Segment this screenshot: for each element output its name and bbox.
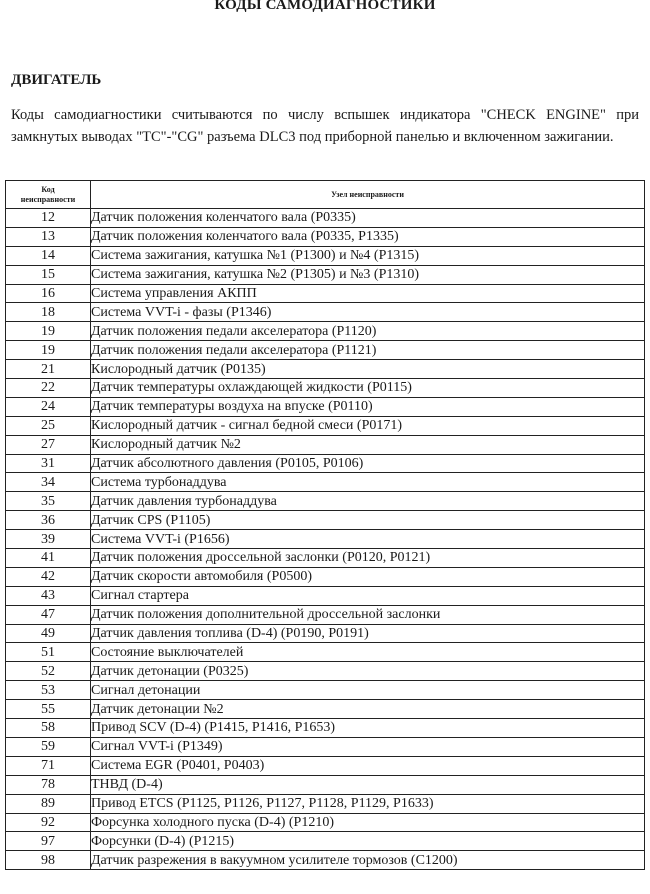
- fault-description: Датчик CPS (P1105): [91, 511, 645, 530]
- fault-description: Датчик положения коленчатого вала (P0335…: [91, 227, 645, 246]
- fault-code: 31: [6, 454, 91, 473]
- column-header-code: Код неисправности: [6, 181, 91, 209]
- fault-code: 71: [6, 756, 91, 775]
- fault-code: 14: [6, 246, 91, 265]
- table-row: 71Система EGR (P0401, P0403): [6, 756, 645, 775]
- table-row: 39Система VVT-i (P1656): [6, 530, 645, 549]
- fault-description: Состояние выключателей: [91, 643, 645, 662]
- fault-description: Система зажигания, катушка №1 (P1300) и …: [91, 246, 645, 265]
- fault-code: 97: [6, 832, 91, 851]
- fault-code: 78: [6, 775, 91, 794]
- table-row: 53Сигнал детонации: [6, 681, 645, 700]
- table-row: 42Датчик скорости автомобиля (P0500): [6, 567, 645, 586]
- fault-code: 34: [6, 473, 91, 492]
- fault-code: 53: [6, 681, 91, 700]
- fault-code: 39: [6, 530, 91, 549]
- fault-description: Привод SCV (D-4) (P1415, P1416, P1653): [91, 719, 645, 738]
- table-row: 13Датчик положения коленчатого вала (P03…: [6, 227, 645, 246]
- fault-code: 27: [6, 435, 91, 454]
- fault-code: 15: [6, 265, 91, 284]
- table-row: 25Кислородный датчик - сигнал бедной сме…: [6, 416, 645, 435]
- fault-description: Датчик детонации (P0325): [91, 662, 645, 681]
- fault-code: 18: [6, 303, 91, 322]
- fault-code: 42: [6, 567, 91, 586]
- fault-description: Датчик положения педали акселератора (P1…: [91, 341, 645, 360]
- table-row: 24Датчик температуры воздуха на впуске (…: [6, 397, 645, 416]
- fault-code: 59: [6, 737, 91, 756]
- table-row: 15Система зажигания, катушка №2 (P1305) …: [6, 265, 645, 284]
- fault-description: Привод ETCS (P1125, P1126, P1127, P1128,…: [91, 794, 645, 813]
- intro-paragraph: Коды самодиагностики считываются по числ…: [11, 104, 639, 148]
- table-row: 18Система VVT-i - фазы (P1346): [6, 303, 645, 322]
- table-row: 51Состояние выключателей: [6, 643, 645, 662]
- fault-code: 55: [6, 700, 91, 719]
- fault-description: Датчик температуры охлаждающей жидкости …: [91, 379, 645, 398]
- fault-code: 51: [6, 643, 91, 662]
- fault-description: Датчик давления турбонаддува: [91, 492, 645, 511]
- table-row: 59Сигнал VVT-i (P1349): [6, 737, 645, 756]
- document-title: КОДЫ САМОДИАГНОСТИКИ: [0, 0, 650, 15]
- table-row: 19Датчик положения педали акселератора (…: [6, 322, 645, 341]
- fault-description: Сигнал детонации: [91, 681, 645, 700]
- fault-description: Система EGR (P0401, P0403): [91, 756, 645, 775]
- column-header-code-line1: Код: [41, 185, 54, 194]
- fault-description: Система зажигания, катушка №2 (P1305) и …: [91, 265, 645, 284]
- fault-description: Кислородный датчик - сигнал бедной смеси…: [91, 416, 645, 435]
- table-row: 27Кислородный датчик №2: [6, 435, 645, 454]
- fault-code: 52: [6, 662, 91, 681]
- table-row: 97Форсунки (D-4) (P1215): [6, 832, 645, 851]
- table-row: 14Система зажигания, катушка №1 (P1300) …: [6, 246, 645, 265]
- table-row: 92Форсунка холодного пуска (D-4) (P1210): [6, 813, 645, 832]
- table-row: 52Датчик детонации (P0325): [6, 662, 645, 681]
- fault-description: Датчик положения дроссельной заслонки (P…: [91, 549, 645, 568]
- fault-code: 13: [6, 227, 91, 246]
- table-row: 35Датчик давления турбонаддува: [6, 492, 645, 511]
- table-row: 58Привод SCV (D-4) (P1415, P1416, P1653): [6, 719, 645, 738]
- fault-description: Датчик скорости автомобиля (P0500): [91, 567, 645, 586]
- fault-code: 19: [6, 322, 91, 341]
- fault-description: Кислородный датчик (P0135): [91, 360, 645, 379]
- fault-description: Датчик разрежения в вакуумном усилителе …: [91, 851, 645, 870]
- diagnostic-codes-table: Код неисправности Узел неисправности 12Д…: [5, 180, 645, 870]
- fault-description: Датчик положения коленчатого вала (P0335…: [91, 209, 645, 228]
- fault-code: 58: [6, 719, 91, 738]
- fault-description: Система турбонаддува: [91, 473, 645, 492]
- fault-description: Сигнал VVT-i (P1349): [91, 737, 645, 756]
- fault-description: Датчик положения педали акселератора (P1…: [91, 322, 645, 341]
- fault-description: Датчик детонации №2: [91, 700, 645, 719]
- table-row: 98Датчик разрежения в вакуумном усилител…: [6, 851, 645, 870]
- fault-code: 36: [6, 511, 91, 530]
- fault-description: Кислородный датчик №2: [91, 435, 645, 454]
- column-header-code-line2: неисправности: [21, 195, 75, 204]
- section-heading: ДВИГАТЕЛЬ: [11, 70, 101, 90]
- fault-code: 92: [6, 813, 91, 832]
- fault-description: Форсунка холодного пуска (D-4) (P1210): [91, 813, 645, 832]
- table-row: 34Система турбонаддува: [6, 473, 645, 492]
- table-row: 43Сигнал стартера: [6, 586, 645, 605]
- fault-description: Система VVT-i (P1656): [91, 530, 645, 549]
- table-row: 22Датчик температуры охлаждающей жидкост…: [6, 379, 645, 398]
- table-row: 41Датчик положения дроссельной заслонки …: [6, 549, 645, 568]
- fault-code: 19: [6, 341, 91, 360]
- fault-code: 35: [6, 492, 91, 511]
- fault-description: Система VVT-i - фазы (P1346): [91, 303, 645, 322]
- fault-description: Датчик положения дополнительной дроссель…: [91, 605, 645, 624]
- table-row: 89Привод ETCS (P1125, P1126, P1127, P112…: [6, 794, 645, 813]
- fault-description: ТНВД (D-4): [91, 775, 645, 794]
- fault-code: 49: [6, 624, 91, 643]
- fault-code: 24: [6, 397, 91, 416]
- fault-code: 43: [6, 586, 91, 605]
- table-row: 55Датчик детонации №2: [6, 700, 645, 719]
- column-header-description: Узел неисправности: [91, 181, 645, 209]
- table-row: 31Датчик абсолютного давления (P0105, P0…: [6, 454, 645, 473]
- fault-code: 21: [6, 360, 91, 379]
- fault-code: 47: [6, 605, 91, 624]
- fault-description: Датчик температуры воздуха на впуске (P0…: [91, 397, 645, 416]
- table-row: 36Датчик CPS (P1105): [6, 511, 645, 530]
- table-row: 78ТНВД (D-4): [6, 775, 645, 794]
- table-row: 47Датчик положения дополнительной дроссе…: [6, 605, 645, 624]
- fault-code: 25: [6, 416, 91, 435]
- table-row: 12Датчик положения коленчатого вала (P03…: [6, 209, 645, 228]
- table-row: 19Датчик положения педали акселератора (…: [6, 341, 645, 360]
- fault-description: Сигнал стартера: [91, 586, 645, 605]
- fault-description: Датчик абсолютного давления (P0105, P010…: [91, 454, 645, 473]
- fault-code: 98: [6, 851, 91, 870]
- fault-code: 16: [6, 284, 91, 303]
- fault-description: Форсунки (D-4) (P1215): [91, 832, 645, 851]
- table-row: 21Кислородный датчик (P0135): [6, 360, 645, 379]
- fault-code: 22: [6, 379, 91, 398]
- fault-code: 41: [6, 549, 91, 568]
- fault-code: 12: [6, 209, 91, 228]
- fault-code: 89: [6, 794, 91, 813]
- table-row: 16Система управления АКПП: [6, 284, 645, 303]
- fault-description: Система управления АКПП: [91, 284, 645, 303]
- table-header-row: Код неисправности Узел неисправности: [6, 181, 645, 209]
- table-body: 12Датчик положения коленчатого вала (P03…: [6, 209, 645, 870]
- fault-description: Датчик давления топлива (D-4) (P0190, P0…: [91, 624, 645, 643]
- table-row: 49Датчик давления топлива (D-4) (P0190, …: [6, 624, 645, 643]
